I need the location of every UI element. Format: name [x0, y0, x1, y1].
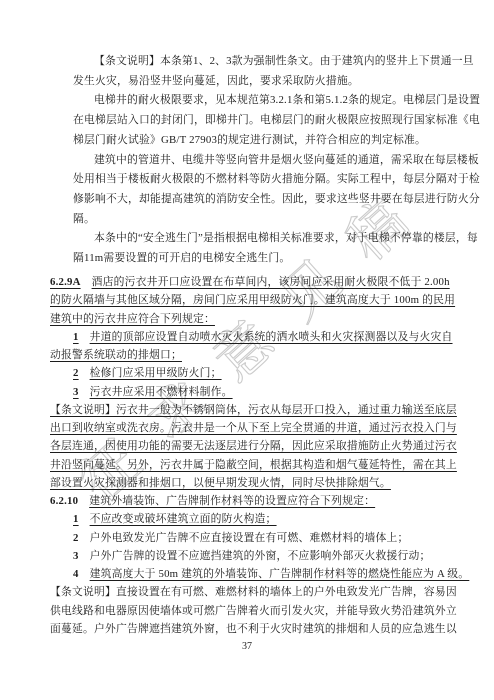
text-line: 建筑中的污衣井应符合下列规定： [50, 313, 215, 326]
clause-line: 2户外电致发光广告牌不应直接设置在有可燃、难燃材料的墙体上； [73, 532, 409, 545]
line-text: 修影响不大，却能提高建筑的消防安全性。因此，要求这些竖井要在每层进行防火分 [73, 193, 480, 205]
text-line: 在电梯层站入口的封闭门，即梯井门。电梯层门的耐火极限应按照现行国家标准《电 [73, 114, 480, 127]
line-text: 酒店的污衣井开口应设置在布草间内，该房间应采用耐火极限不低于 2.00h [92, 276, 450, 288]
clause-number: 4 [73, 568, 79, 580]
page-number: 37 [0, 641, 494, 652]
text-line: 动报警系统联动的排烟口； [50, 349, 182, 362]
line-text: 井道的顶部应设置自动喷水灭火系统的洒水喷头和火灾探测器以及与火灾自 [90, 331, 453, 343]
text-line: 供电线路和电器原因使墙体或可燃广告牌着火而引发火灾，并能导致火势沿建筑外立 [50, 605, 457, 618]
line-text: 污衣井应采用不燃材料制作。 [90, 386, 233, 398]
line-text: 本条中的“安全逃生门”是指根据电梯相关标准要求，对于电梯不停靠的楼层，每 [94, 232, 478, 244]
clause-number: 3 [73, 386, 79, 398]
line-text: 户外广告牌的设置不应遮挡建筑的外窗，不应影响外部灭火救援行动； [90, 550, 431, 562]
text-line: 【条文说明】直接设置在有可燃、难燃材料的墙体上的户外电致发光广告牌，容易因 [50, 586, 457, 599]
line-text: 的防火隔墙与其他区域分隔，房间门应采用甲级防火门。建筑高度大于 100m 的民用 [50, 294, 455, 306]
clause-line: 3户外广告牌的设置不应遮挡建筑的外窗，不应影响外部灭火救援行动； [73, 550, 431, 563]
text-line: 处用相当于楼板耐火极限的不燃材料等防火措施分隔。实际工程中，每层分隔对于检 [73, 173, 480, 186]
text-line: 的防火隔墙与其他区域分隔，房间门应采用甲级防火门。建筑高度大于 100m 的民用 [50, 294, 455, 307]
clause-number: 6.2.9A [50, 276, 81, 288]
text-line: 修影响不大，却能提高建筑的消防安全性。因此，要求这些竖井要在每层进行防火分 [73, 193, 480, 206]
text-line: 各层连通，因使用功能的需要无法逐层进行分隔，因此应采取措施防止火势通过污衣 [50, 440, 457, 453]
line-text: 建筑中的管道井、电缆井等竖向管井是烟火竖向蔓延的通道，需采取在每层楼板 [94, 154, 479, 166]
line-text: 供电线路和电器原因使墙体或可燃广告牌着火而引发火灾，并能导致火势沿建筑外立 [50, 605, 457, 617]
line-text: 梯层门耐火试验》GB/T 27903的规定进行测试，并符合相应的判定标准。 [73, 134, 426, 146]
clause-line: 4建筑高度大于 50m 建筑的外墙装饰、广告牌制作材料等的燃烧性能应为 A 级。 [73, 568, 469, 581]
line-text: 【条文说明】污衣井一般为不锈钢筒体，污衣从每层开口投入，通过重力输送至底层 [50, 404, 457, 416]
clause-line: 6.2.10建筑外墙装饰、广告牌制作材料等的设置应符合下列规定： [50, 495, 375, 508]
line-text: 处用相当于楼板耐火极限的不燃材料等防火措施分隔。实际工程中，每层分隔对于检 [73, 173, 480, 185]
line-text: 建筑中的污衣井应符合下列规定： [50, 313, 215, 325]
line-text: 户外电致发光广告牌不应直接设置在有可燃、难燃材料的墙体上； [90, 532, 409, 544]
line-text: 隔。 [73, 213, 95, 225]
line-text: 各层连通，因使用功能的需要无法逐层进行分隔，因此应采取措施防止火势通过污衣 [50, 440, 457, 452]
text-layer: 【条文说明】本条第1、2、3款为强制性条文。由于建筑内的竖井上下贯通一旦发生火灾… [0, 0, 494, 700]
line-text: 井沿竖向蔓延。另外，污衣井属于隐蔽空间，根据其构造和烟气蔓延特性，需在其上 [50, 459, 457, 471]
text-line: 出口到收纳室或洗衣房。污衣井是一个从下至上完全贯通的井道，通过污衣投入门与 [50, 422, 457, 435]
text-line: 电梯井的耐火极限要求，见本规范第3.2.1条和第5.1.2条的规定。电梯层门是设… [94, 94, 480, 107]
text-line: 发生火灾，易沿竖井竖向蔓延，因此，要求采取防火措施。 [73, 75, 359, 88]
clause-line: 2检修门应采用甲级防火门； [73, 367, 222, 380]
text-line: 建筑中的管道井、电缆井等竖向管井是烟火竖向蔓延的通道，需采取在每层楼板 [94, 154, 479, 167]
line-text: 发生火灾，易沿竖井竖向蔓延，因此，要求采取防火措施。 [73, 75, 359, 87]
line-text: 在电梯层站入口的封闭门，即梯井门。电梯层门的耐火极限应按照现行国家标准《电 [73, 114, 480, 126]
line-text: 部设置火灾探测器和排烟口，以便早期发现火情，同时尽快排除烟气。 [50, 477, 391, 489]
line-text: 【条文说明】本条第1、2、3款为强制性条文。由于建筑内的竖井上下贯通一旦 [94, 55, 474, 67]
text-line: 【条文说明】污衣井一般为不锈钢筒体，污衣从每层开口投入，通过重力输送至底层 [50, 404, 457, 417]
clause-number: 6.2.10 [50, 495, 78, 507]
text-line: 隔。 [73, 213, 95, 226]
clause-number: 2 [73, 367, 79, 379]
text-line: 本条中的“安全逃生门”是指根据电梯相关标准要求，对于电梯不停靠的楼层，每 [94, 232, 478, 245]
line-text: 检修门应采用甲级防火门； [90, 367, 222, 379]
text-line: 井沿竖向蔓延。另外，污衣井属于隐蔽空间，根据其构造和烟气蔓延特性，需在其上 [50, 459, 457, 472]
line-text: 隔11m需要设置的可开启的电梯安全逃生门。 [73, 252, 290, 264]
line-text: 出口到收纳室或洗衣房。污衣井是一个从下至上完全贯通的井道，通过污衣投入门与 [50, 422, 457, 434]
document-page: 征求意见稿 【条文说明】本条第1、2、3款为强制性条文。由于建筑内的竖井上下贯通… [0, 0, 494, 700]
line-text: 【条文说明】直接设置在有可燃、难燃材料的墙体上的户外电致发光广告牌，容易因 [50, 586, 457, 598]
clause-line: 3污衣井应采用不燃材料制作。 [73, 386, 233, 399]
line-text: 电梯井的耐火极限要求，见本规范第3.2.1条和第5.1.2条的规定。电梯层门是设… [94, 94, 480, 106]
text-line: 【条文说明】本条第1、2、3款为强制性条文。由于建筑内的竖井上下贯通一旦 [94, 55, 474, 68]
clause-number: 2 [73, 532, 79, 544]
text-line: 隔11m需要设置的可开启的电梯安全逃生门。 [73, 252, 290, 265]
clause-line: 1不应改变或破坏建筑立面的防火构造； [73, 513, 277, 526]
text-line: 部设置火灾探测器和排烟口，以便早期发现火情，同时尽快排除烟气。 [50, 477, 391, 490]
line-text: 不应改变或破坏建筑立面的防火构造； [90, 513, 277, 525]
text-line: 面蔓延。户外广告牌遮挡建筑外窗，也不利于火灾时建筑的排烟和人员的应急逃生以 [50, 623, 457, 636]
clause-number: 3 [73, 550, 79, 562]
line-text: 面蔓延。户外广告牌遮挡建筑外窗，也不利于火灾时建筑的排烟和人员的应急逃生以 [50, 623, 457, 635]
clause-line: 6.2.9A酒店的污衣井开口应设置在布草间内，该房间应采用耐火极限不低于 2.0… [50, 276, 450, 289]
text-line: 梯层门耐火试验》GB/T 27903的规定进行测试，并符合相应的判定标准。 [73, 134, 426, 147]
line-text: 建筑外墙装饰、广告牌制作材料等的设置应符合下列规定： [89, 495, 375, 507]
clause-number: 1 [73, 331, 79, 343]
clause-number: 1 [73, 513, 79, 525]
line-text: 动报警系统联动的排烟口； [50, 349, 182, 361]
line-text: 建筑高度大于 50m 建筑的外墙装饰、广告牌制作材料等的燃烧性能应为 A 级。 [90, 568, 470, 580]
clause-line: 1井道的顶部应设置自动喷水灭火系统的洒水喷头和火灾探测器以及与火灾自 [73, 331, 453, 344]
